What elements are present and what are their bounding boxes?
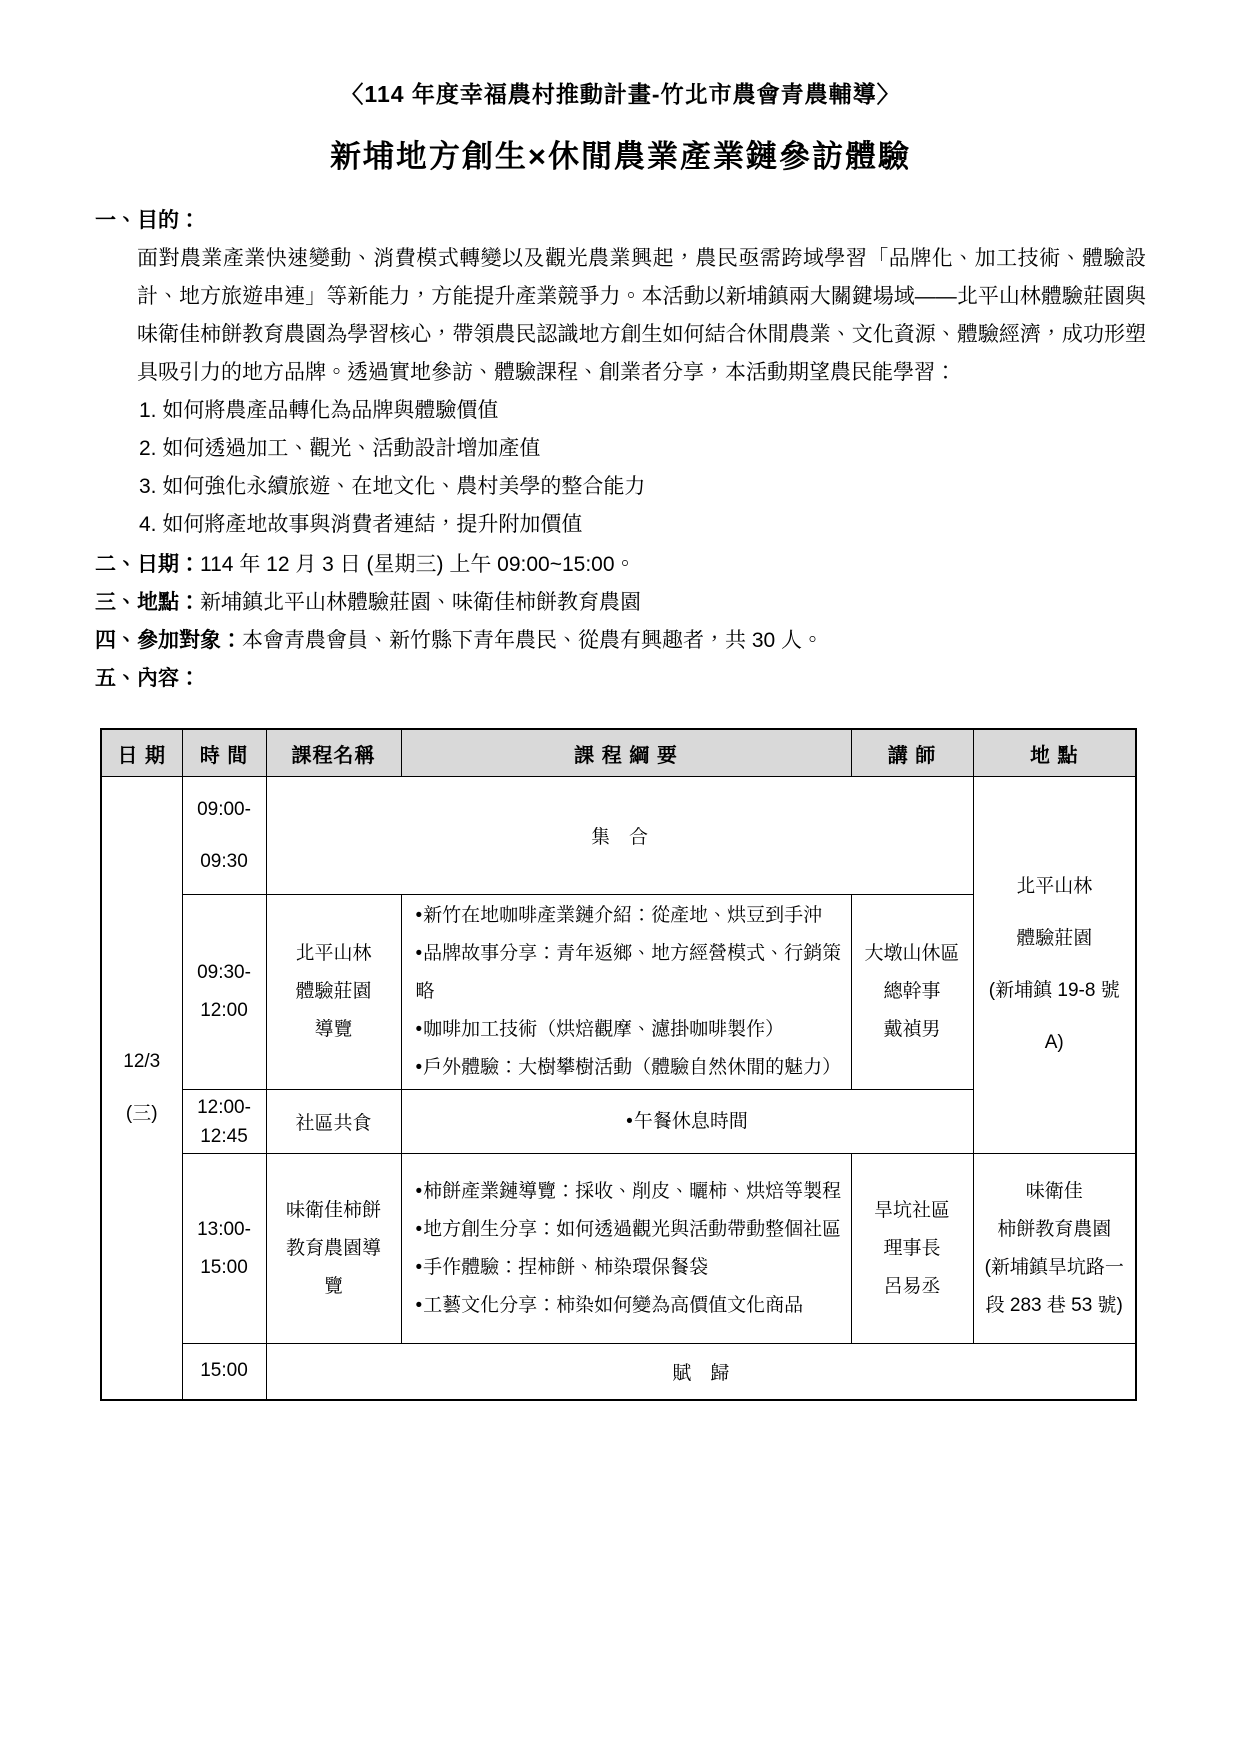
header-course: 課程名稱 bbox=[266, 729, 401, 777]
lecturer-line: 理事長 bbox=[856, 1230, 969, 1268]
bullet-text: 柿餅產業鏈導覽：採收、削皮、曬柿、烘焙等製程 bbox=[423, 1181, 841, 1202]
bullet-icon: • bbox=[416, 1295, 423, 1316]
cell-location-afternoon: 味衛佳 柿餅教育農園 (新埔鎮旱坑路一 段 283 巷 53 號) bbox=[973, 1154, 1136, 1344]
outline-bullet: •手作體驗：捏柿餅、柿染環保餐袋 bbox=[416, 1249, 845, 1287]
time-line: 09:00- bbox=[187, 784, 262, 836]
header-location: 地 點 bbox=[973, 729, 1136, 777]
time-line: 09:30- bbox=[187, 954, 262, 992]
course-line: 北平山林 bbox=[271, 935, 397, 973]
location-line: 體驗莊園 bbox=[978, 913, 1132, 965]
section-location-text: 新埔鎮北平山林體驗莊園、味衛佳柿餅教育農園 bbox=[200, 591, 641, 614]
section-date-text: 114 年 12 月 3 日 (星期三) 上午 09:00~15:00。 bbox=[200, 553, 636, 576]
cell-course-lunch: 社區共食 bbox=[266, 1090, 401, 1154]
cell-lecturer-afternoon: 旱坑社區 理事長 呂易丞 bbox=[851, 1154, 973, 1344]
schedule-table: 日 期 時 間 課程名稱 課 程 綱 要 講 師 地 點 12/3 (三) 09… bbox=[100, 728, 1137, 1401]
bullet-text: 戶外體驗：大樹攀樹活動（體驗自然休閒的魅力） bbox=[423, 1057, 841, 1078]
time-line: 09:30 bbox=[187, 836, 262, 888]
cell-return-content: 賦 歸 bbox=[266, 1344, 1136, 1400]
bullet-text: 品牌故事分享：青年返鄉、地方經營模式、行銷策略 bbox=[416, 943, 842, 1002]
purpose-goals: 1. 如何將農產品轉化為品牌與體驗價值 2. 如何透過加工、觀光、活動設計增加產… bbox=[95, 392, 1146, 544]
date-line-1: 12/3 bbox=[106, 1036, 178, 1088]
bullet-text: 地方創生分享：如何透過觀光與活動帶動整個社區 bbox=[423, 1219, 841, 1240]
bullet-text: 手作體驗：捏柿餅、柿染環保餐袋 bbox=[423, 1257, 708, 1278]
table-row-assembly: 12/3 (三) 09:00- 09:30 集 合 北平山林 體驗莊園 (新埔鎮… bbox=[101, 777, 1136, 895]
lecturer-line: 呂易丞 bbox=[856, 1268, 969, 1306]
bullet-icon: • bbox=[416, 1257, 423, 1278]
bullet-text: 工藝文化分享：柿染如何變為高價值文化商品 bbox=[423, 1295, 803, 1316]
header-date: 日 期 bbox=[101, 729, 182, 777]
header-lecturer: 講 師 bbox=[851, 729, 973, 777]
lecturer-line: 戴禎男 bbox=[856, 1011, 969, 1049]
location-line: (新埔鎮旱坑路一 bbox=[978, 1249, 1132, 1287]
goal-item-1: 1. 如何將農產品轉化為品牌與體驗價值 bbox=[139, 392, 1146, 430]
cell-location-morning: 北平山林 體驗莊園 (新埔鎮 19-8 號 A) bbox=[973, 777, 1136, 1154]
cell-time-return: 15:00 bbox=[182, 1344, 266, 1400]
bullet-text: 咖啡加工技術（烘焙觀摩、濾掛咖啡製作） bbox=[423, 1019, 784, 1040]
cell-outline-afternoon: •柿餅產業鏈導覽：採收、削皮、曬柿、烘焙等製程 •地方創生分享：如何透過觀光與活… bbox=[401, 1154, 851, 1344]
outline-bullet: •戶外體驗：大樹攀樹活動（體驗自然休閒的魅力） bbox=[416, 1049, 845, 1087]
time-line: 13:00- bbox=[187, 1211, 262, 1249]
section-location-label: 三、地點： bbox=[95, 591, 200, 614]
goal-item-2: 2. 如何透過加工、觀光、活動設計增加產值 bbox=[139, 430, 1146, 468]
time-line: 12:00- bbox=[187, 1093, 262, 1122]
cell-time-assembly: 09:00- 09:30 bbox=[182, 777, 266, 895]
section-content-label: 五、內容： bbox=[95, 667, 200, 690]
lunch-text: 午餐休息時間 bbox=[634, 1111, 748, 1132]
cell-lunch-content: •午餐休息時間 bbox=[401, 1090, 973, 1154]
outline-bullet: •工藝文化分享：柿染如何變為高價值文化商品 bbox=[416, 1287, 845, 1325]
course-line: 教育農園導 bbox=[271, 1230, 397, 1268]
time-line: 12:00 bbox=[187, 992, 262, 1030]
section-content: 五、內容： bbox=[95, 660, 1146, 698]
time-line: 15:00 bbox=[187, 1249, 262, 1287]
cell-course-morning: 北平山林 體驗莊園 導覽 bbox=[266, 895, 401, 1090]
doc-subtitle: 〈114 年度幸福農村推動計畫-竹北市農會青農輔導〉 bbox=[95, 76, 1146, 109]
goal-item-4: 4. 如何將產地故事與消費者連結，提升附加價值 bbox=[139, 506, 1146, 544]
course-line: 導覽 bbox=[271, 1011, 397, 1049]
table-header-row: 日 期 時 間 課程名稱 課 程 綱 要 講 師 地 點 bbox=[101, 729, 1136, 777]
section-location: 三、地點：新埔鎮北平山林體驗莊園、味衛佳柿餅教育農園 bbox=[95, 584, 1146, 622]
date-line-2: (三) bbox=[106, 1088, 178, 1140]
document-content: 〈114 年度幸福農村推動計畫-竹北市農會青農輔導〉 新埔地方創生×休閒農業產業… bbox=[0, 0, 1241, 1401]
outline-bullet: •柿餅產業鏈導覽：採收、削皮、曬柿、烘焙等製程 bbox=[416, 1173, 845, 1211]
cell-time-morning: 09:30- 12:00 bbox=[182, 895, 266, 1090]
section-date-label: 二、日期： bbox=[95, 553, 200, 576]
section-purpose-label: 一、目的： bbox=[95, 202, 1146, 240]
table-row-return: 15:00 賦 歸 bbox=[101, 1344, 1136, 1400]
bullet-icon: • bbox=[416, 1057, 423, 1078]
header-outline: 課 程 綱 要 bbox=[401, 729, 851, 777]
cell-outline-morning: •新竹在地咖啡產業鏈介紹：從產地、烘豆到手沖 •品牌故事分享：青年返鄉、地方經營… bbox=[401, 895, 851, 1090]
bullet-icon: • bbox=[416, 943, 423, 964]
lecturer-line: 大墩山休區 bbox=[856, 935, 969, 973]
cell-time-lunch: 12:00- 12:45 bbox=[182, 1090, 266, 1154]
lunch-bullet: •午餐休息時間 bbox=[406, 1103, 969, 1141]
purpose-paragraph: 面對農業產業快速變動、消費模式轉變以及觀光農業興起，農民亟需跨域學習「品牌化、加… bbox=[137, 240, 1146, 392]
cell-lecturer-morning: 大墩山休區 總幹事 戴禎男 bbox=[851, 895, 973, 1090]
cell-assembly-content: 集 合 bbox=[266, 777, 973, 895]
location-line: 段 283 巷 53 號) bbox=[978, 1287, 1132, 1325]
cell-time-afternoon: 13:00- 15:00 bbox=[182, 1154, 266, 1344]
goal-item-3: 3. 如何強化永續旅遊、在地文化、農村美學的整合能力 bbox=[139, 468, 1146, 506]
course-line: 覽 bbox=[271, 1268, 397, 1306]
section-participants-label: 四、參加對象： bbox=[95, 629, 242, 652]
outline-bullet: •品牌故事分享：青年返鄉、地方經營模式、行銷策略 bbox=[416, 935, 845, 1011]
location-line: (新埔鎮 19-8 號 A) bbox=[978, 965, 1132, 1069]
bullet-icon: • bbox=[416, 1019, 423, 1040]
location-line: 味衛佳 bbox=[978, 1173, 1132, 1211]
outline-bullet: •咖啡加工技術（烘焙觀摩、濾掛咖啡製作） bbox=[416, 1011, 845, 1049]
location-line: 北平山林 bbox=[978, 861, 1132, 913]
lecturer-line: 旱坑社區 bbox=[856, 1192, 969, 1230]
course-line: 體驗莊園 bbox=[271, 973, 397, 1011]
location-line: 柿餅教育農園 bbox=[978, 1211, 1132, 1249]
outline-bullet: •新竹在地咖啡產業鏈介紹：從產地、烘豆到手沖 bbox=[416, 897, 845, 935]
bullet-icon: • bbox=[416, 905, 423, 926]
header-time: 時 間 bbox=[182, 729, 266, 777]
bullet-icon: • bbox=[416, 1181, 423, 1202]
time-line: 12:45 bbox=[187, 1122, 262, 1151]
doc-title: 新埔地方創生×休閒農業產業鏈參訪體驗 bbox=[95, 131, 1146, 176]
document-page: 〈114 年度幸福農村推動計畫-竹北市農會青農輔導〉 新埔地方創生×休閒農業產業… bbox=[0, 0, 1241, 1755]
section-participants-text: 本會青農會員、新竹縣下青年農民、從農有興趣者，共 30 人。 bbox=[242, 629, 823, 652]
course-line: 味衛佳柿餅 bbox=[271, 1192, 397, 1230]
section-participants: 四、參加對象：本會青農會員、新竹縣下青年農民、從農有興趣者，共 30 人。 bbox=[95, 622, 1146, 660]
bullet-icon: • bbox=[416, 1219, 423, 1240]
section-date: 二、日期：114 年 12 月 3 日 (星期三) 上午 09:00~15:00… bbox=[95, 546, 1146, 584]
outline-bullet: •地方創生分享：如何透過觀光與活動帶動整個社區 bbox=[416, 1211, 845, 1249]
table-row-afternoon: 13:00- 15:00 味衛佳柿餅 教育農園導 覽 •柿餅產業鏈導覽：採收、削… bbox=[101, 1154, 1136, 1344]
cell-course-afternoon: 味衛佳柿餅 教育農園導 覽 bbox=[266, 1154, 401, 1344]
bullet-icon: • bbox=[626, 1111, 633, 1132]
bullet-text: 新竹在地咖啡產業鏈介紹：從產地、烘豆到手沖 bbox=[423, 905, 822, 926]
lecturer-line: 總幹事 bbox=[856, 973, 969, 1011]
cell-date: 12/3 (三) bbox=[101, 777, 182, 1400]
